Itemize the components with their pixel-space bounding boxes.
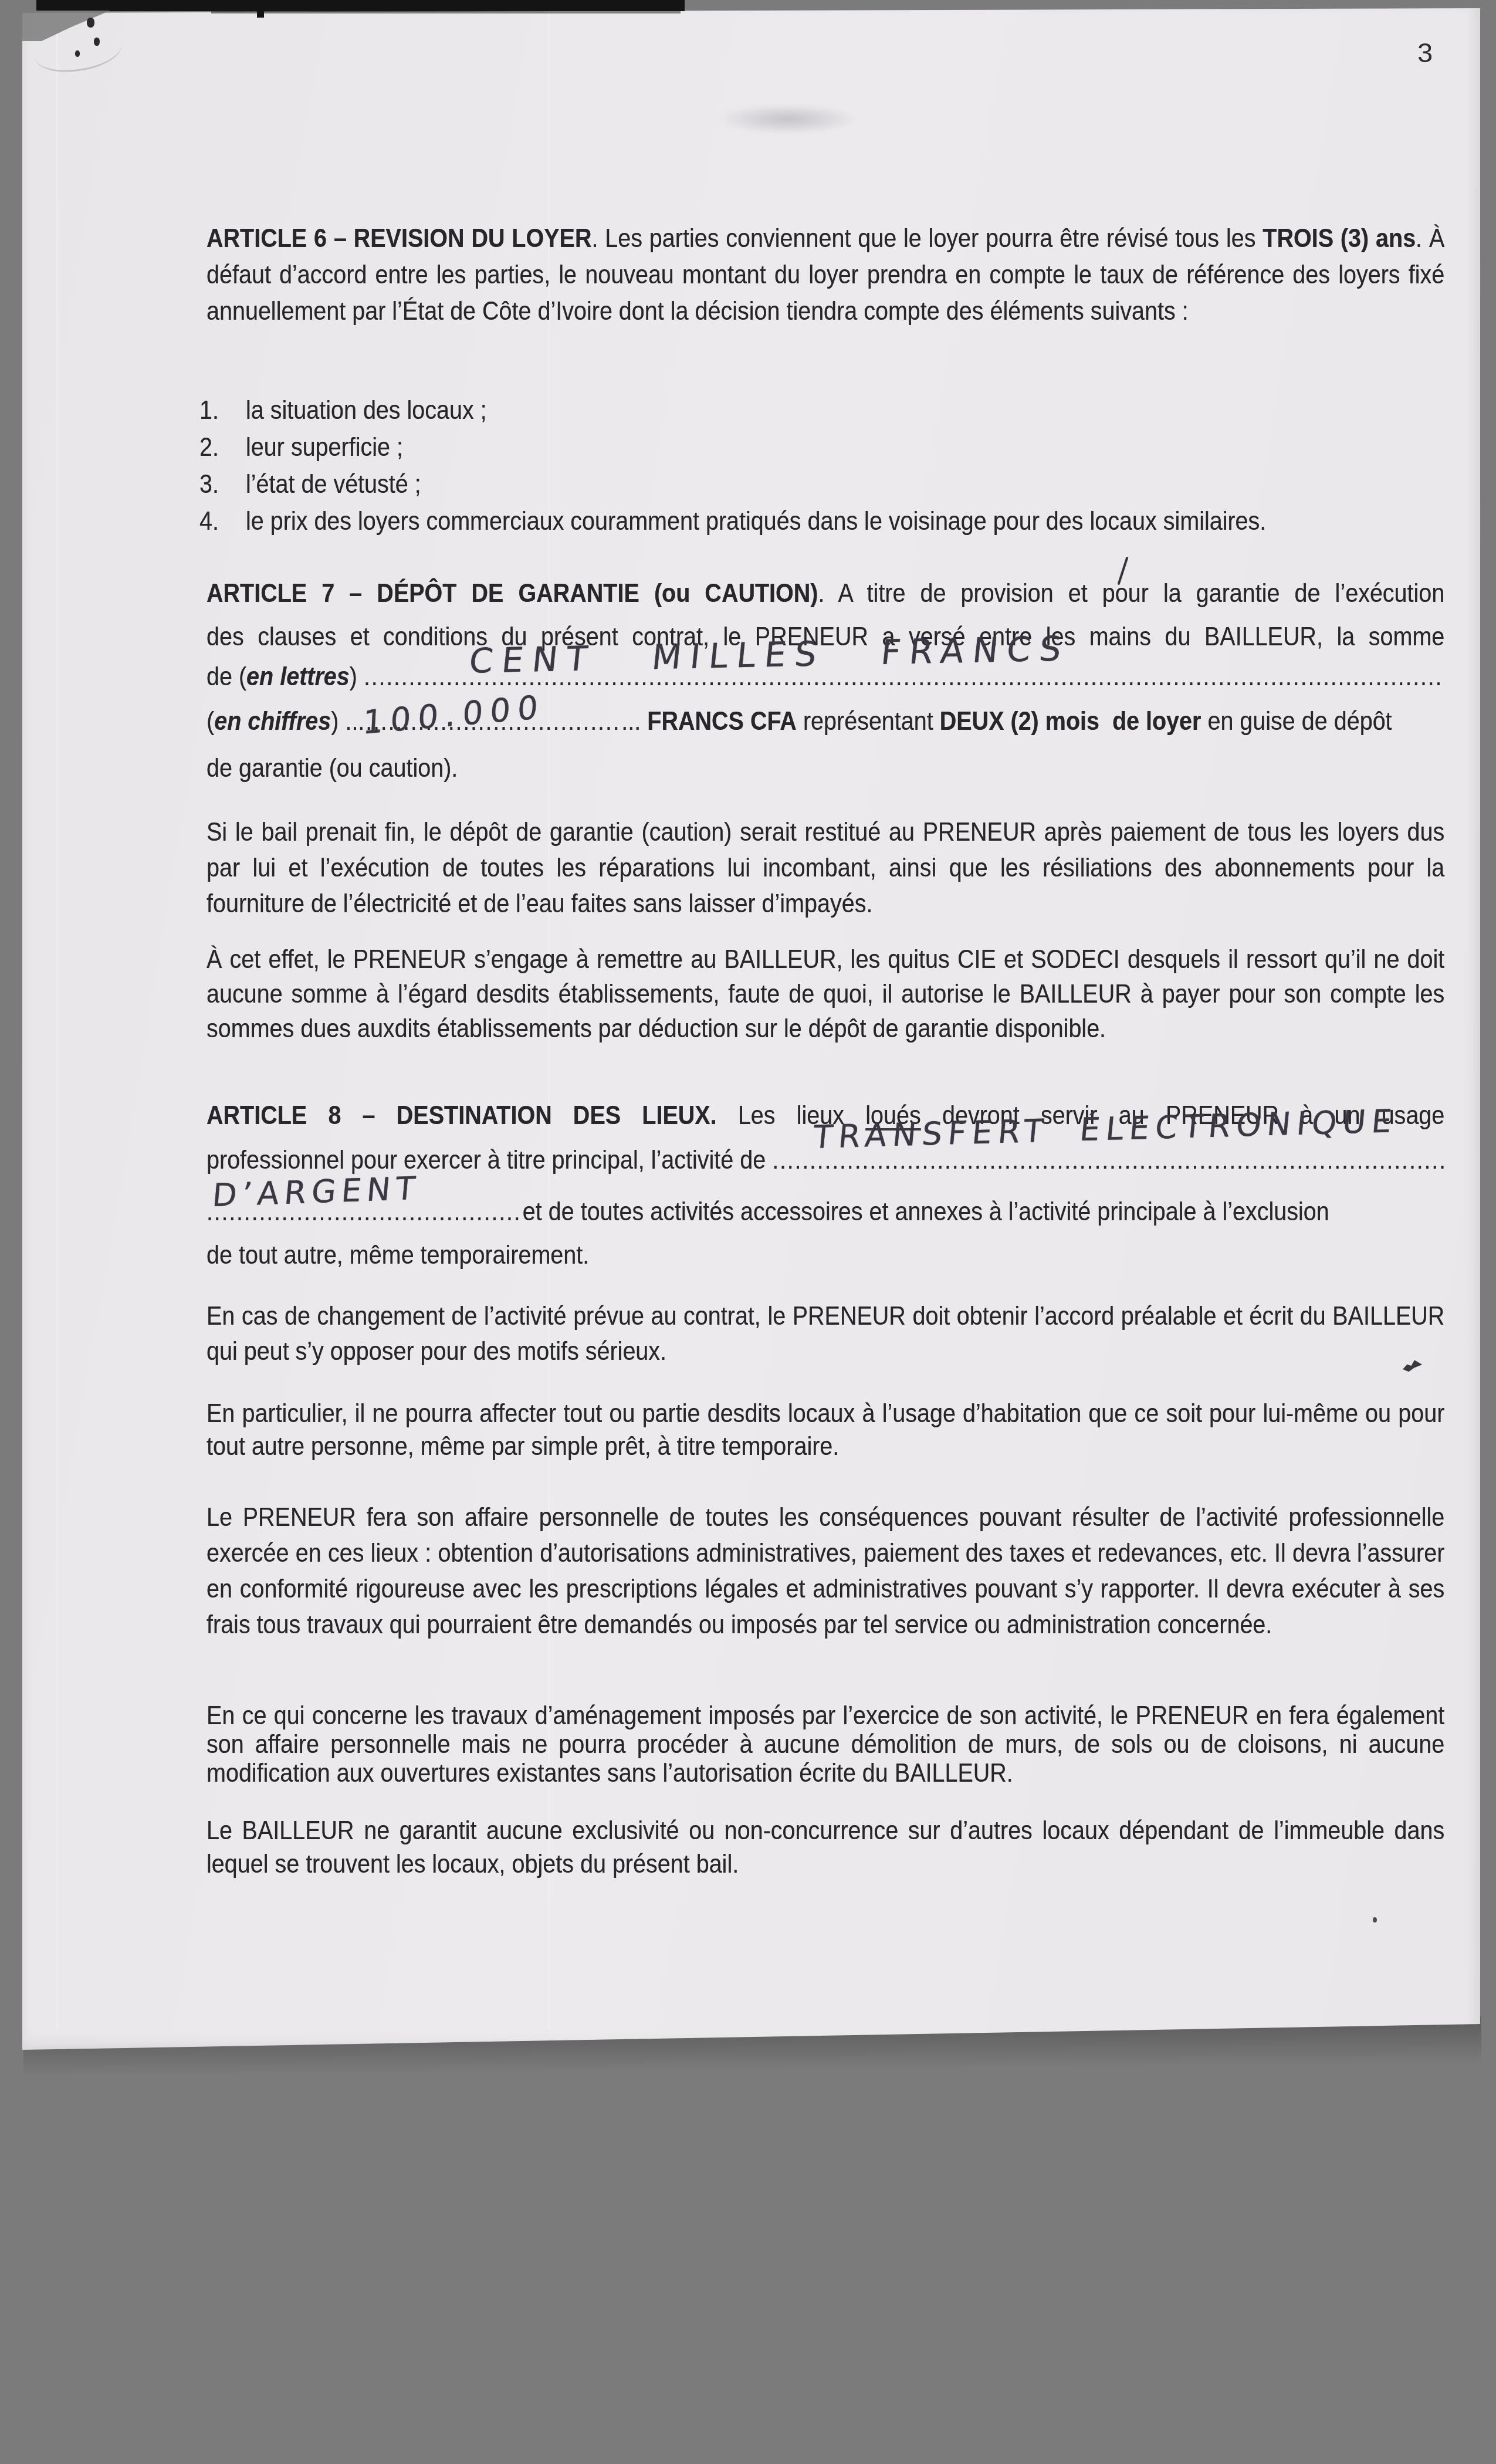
- page-number: 3: [1417, 36, 1433, 69]
- criteria-list: 1.la situation des locaux ; 2.leur super…: [199, 392, 1437, 540]
- article7-heading: ARTICLE 7 – DÉPÔT DE GARANTIE (ou CAUTIO…: [207, 579, 818, 608]
- article7-line-1: ARTICLE 7 – DÉPÔT DE GARANTIE (ou CAUTIO…: [207, 577, 1444, 610]
- article8-line-4: de tout autre, même temporairement.: [207, 1239, 1444, 1272]
- article7-line-5: de garantie (ou caution).: [207, 752, 1444, 785]
- paragraph-particulier: En particulier, il ne pourra affecter to…: [207, 1397, 1444, 1463]
- paragraph-cet-effet: À cet effet, le PRENEUR s’engage à remet…: [207, 942, 1444, 1046]
- amount-figures-close: ) ..: [331, 705, 358, 738]
- paragraph-preneur-fera: Le PRENEUR fera son affaire personnelle …: [207, 1500, 1444, 1643]
- list-item-text: l’état de vétusté ;: [246, 466, 421, 503]
- amount-words-close: ): [350, 661, 364, 693]
- article7-text-5: de garantie (ou caution).: [207, 754, 458, 783]
- list-item: 2.leur superficie ;: [199, 429, 1437, 466]
- list-item-number: 1.: [199, 392, 246, 429]
- ink-speck-2: [94, 38, 100, 46]
- amount-figures-label: en chiffres: [214, 705, 331, 738]
- list-item: 1.la situation des locaux ;: [199, 392, 1437, 429]
- deux-mois-bold: DEUX (2) mois de loyer: [940, 705, 1201, 738]
- article8-text-4: de tout autre, même temporairement.: [207, 1241, 589, 1270]
- scanned-lease-page: { "page": { "number": "3" }, "colors": {…: [0, 0, 1496, 2464]
- faded-stamp-smudge: [691, 99, 885, 140]
- representant-text: représentant: [797, 705, 940, 738]
- paper-fold-line-left: [56, 12, 58, 2030]
- article6-paragraph: ARTICLE 6 – REVISION DU LOYER. Les parti…: [207, 221, 1444, 330]
- after-dots: ...: [621, 705, 647, 738]
- ink-speck-bottom: [1373, 1917, 1377, 1923]
- article8-text-3: et de toutes activités accessoires et an…: [523, 1196, 1329, 1228]
- scan-edge-bar: [36, 0, 685, 11]
- ink-speck-3: [75, 50, 80, 57]
- ink-speck-1: [87, 18, 94, 28]
- list-item: 3.l’état de vétusté ;: [199, 466, 1437, 503]
- list-item: 4.le prix des loyers commerciaux couramm…: [199, 503, 1437, 540]
- en-guise-text: en guise de dépôt: [1201, 705, 1392, 738]
- list-item-number: 2.: [199, 429, 246, 466]
- handwriting-activity-line2: D’ARGENT: [211, 1170, 422, 1214]
- list-item-number: 3.: [199, 466, 246, 503]
- article8-heading: ARTICLE 8 – DESTINATION DES LIEUX.: [207, 1101, 717, 1130]
- amount-words-prefix: de (: [207, 661, 246, 693]
- article6-heading: ARTICLE 6 – REVISION DU LOYER: [207, 224, 591, 253]
- francs-cfa-bold: FRANCS CFA: [647, 705, 797, 738]
- scan-edge-notch: [257, 0, 264, 18]
- paragraph-bailleur-garantie: Le BAILLEUR ne garantit aucune exclusivi…: [207, 1814, 1444, 1881]
- list-item-text: la situation des locaux ;: [246, 392, 487, 429]
- article8-text-2: professionnel pour exercer à titre princ…: [207, 1144, 772, 1177]
- list-item-number: 4.: [199, 503, 246, 540]
- scan-edge-bar-thin: [211, 11, 681, 13]
- amount-figures-open: (: [207, 705, 214, 738]
- list-item-text: leur superficie ;: [246, 429, 403, 466]
- paragraph-bail-fin: Si le bail prenait fin, le dépôt de gara…: [207, 814, 1444, 922]
- amount-words-label: en lettres: [246, 661, 350, 693]
- list-item-text: le prix des loyers commerciaux courammen…: [246, 503, 1266, 540]
- article7-text-1: . A titre de provision et pour la garant…: [818, 579, 1445, 608]
- paragraph-changement: En cas de changement de l’activité prévu…: [207, 1299, 1444, 1369]
- article6-text-1: . Les parties conviennent que le loyer p…: [591, 224, 1263, 253]
- article6-bold-trois-ans: TROIS (3) ans: [1263, 224, 1416, 253]
- paragraph-travaux: En ce qui concerne les travaux d’aménage…: [207, 1701, 1444, 1788]
